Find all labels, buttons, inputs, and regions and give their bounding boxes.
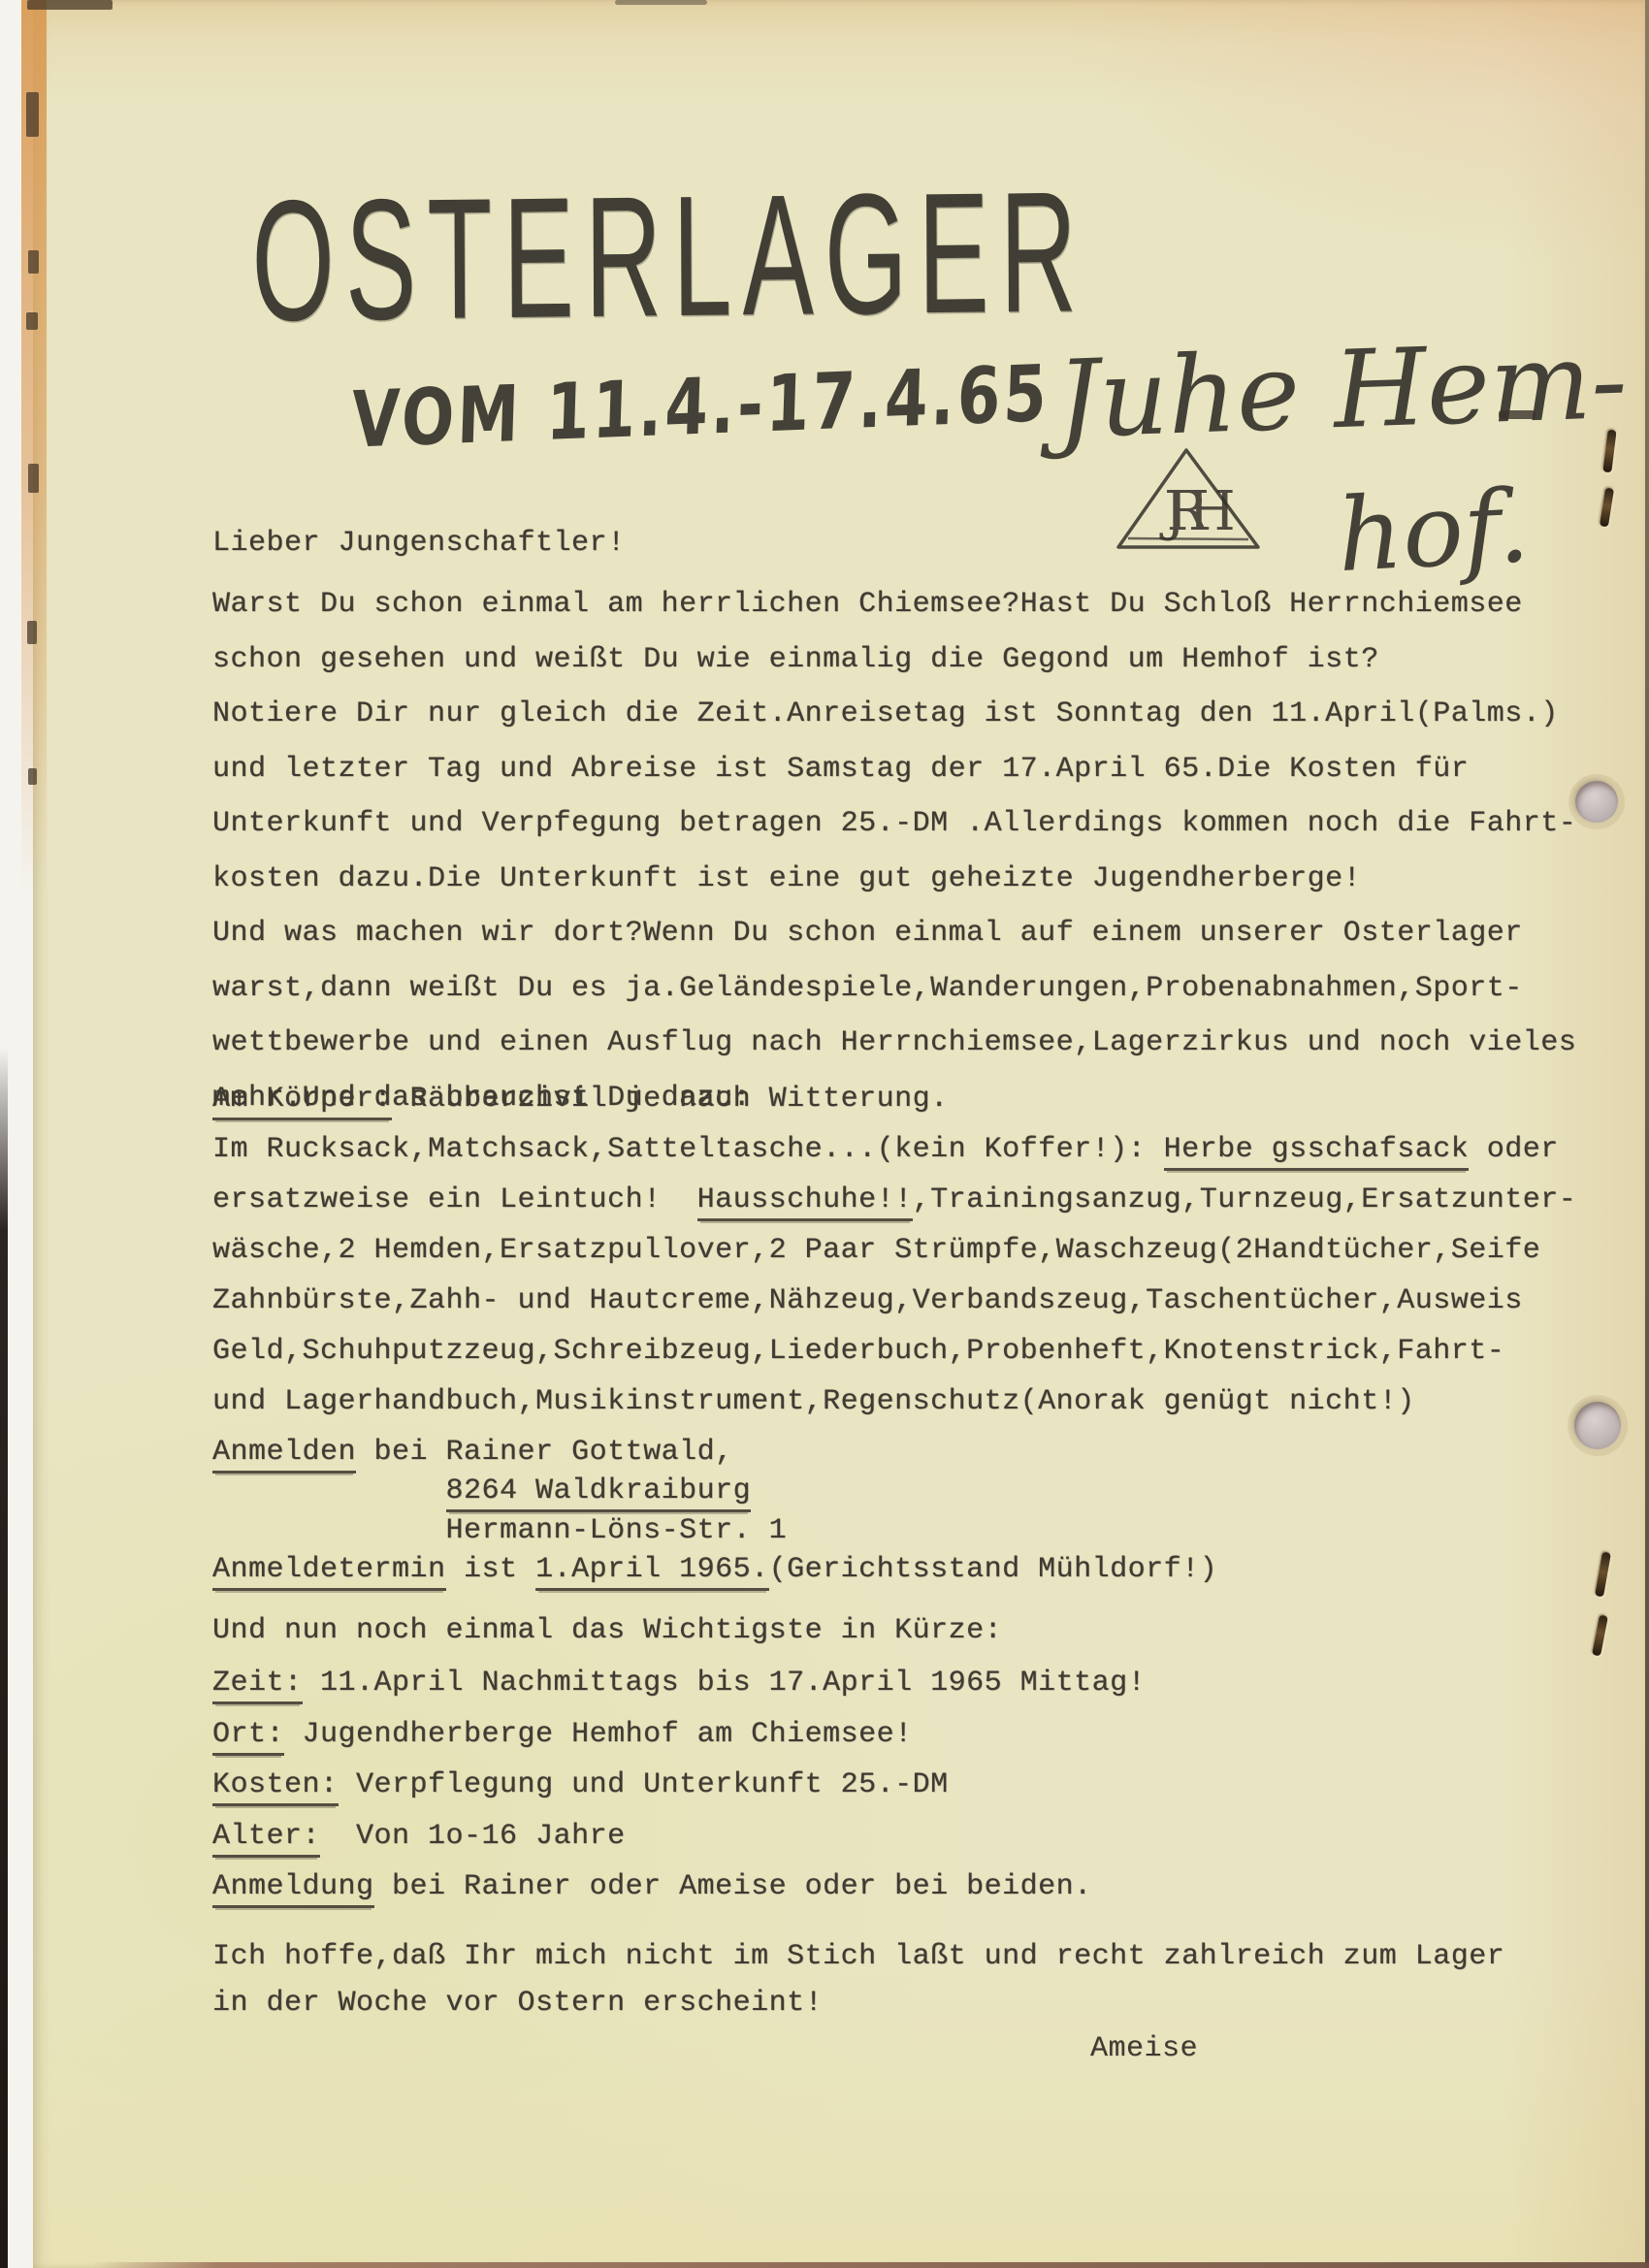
text-line: Zahnbürste,Zahh- und Hautcreme,Nähzeug,V… (212, 1284, 1576, 1335)
text-line: Alter: Von 1o-16 Jahre (212, 1820, 1146, 1871)
page-edge-bottom (91, 2262, 1649, 2268)
torn-edge-mark (26, 92, 39, 137)
intro-paragraph: Warst Du schon einmal am herrlichen Chie… (212, 588, 1576, 1136)
text-line: Warst Du schon einmal am herrlichen Chie… (212, 588, 1576, 643)
text-line: kosten dazu.Die Unterkunft ist eine gut … (212, 862, 1576, 918)
text-line: Kosten: Verpflegung und Unterkunft 25.-D… (212, 1768, 1146, 1820)
staple-mark (1595, 1552, 1611, 1598)
page-title: OSTERLAGER (251, 153, 1088, 361)
text-line: Geld,Schuhputzzeug,Schreibzeug,Liederbuc… (212, 1335, 1576, 1385)
torn-edge-mark (27, 621, 37, 644)
summary-list: Zeit: 11.April Nachmittags bis 17.April … (212, 1667, 1146, 1922)
closing-paragraph: Ich hoffe,daß Ihr mich nicht im Stich la… (212, 1940, 1504, 2033)
torn-edge-mark (26, 312, 38, 330)
juhe-hemhof-line2: hof. (1335, 467, 1533, 595)
scan-edge-left (0, 1048, 8, 2268)
torn-edge-mark (28, 250, 39, 274)
text-line: Anmeldung bei Rainer oder Ameise oder be… (212, 1870, 1146, 1922)
page-edge-right (1645, 0, 1649, 2268)
text-line: Und was machen wir dort?Wenn Du schon ei… (212, 917, 1576, 972)
text-line: Hermann-Löns-Str. 1 (212, 1514, 787, 1554)
triangle-emblem: JRH (1113, 446, 1268, 563)
deadline-line: Anmeldetermin ist 1.April 1965.(Gerichts… (212, 1553, 1217, 1607)
text-line: und letzter Tag und Abreise ist Samstag … (212, 753, 1576, 808)
staple-mark (1592, 1615, 1608, 1657)
signature: Ameise (1090, 2032, 1198, 2065)
text-line: Anmeldetermin ist 1.April 1965.(Gerichts… (212, 1553, 1217, 1607)
text-line: wäsche,2 Hemden,Ersatzpullover,2 Paar St… (212, 1234, 1576, 1284)
punch-hole (1574, 1402, 1621, 1449)
paper-sheet: OSTERLAGER VOM 11.4.-17.4.65 Juhe Hem- h… (33, 0, 1649, 2268)
text-line: Unterkunft und Verpfegung betragen 25.-D… (212, 807, 1576, 862)
punch-hole (1575, 781, 1618, 823)
staple-mark (1600, 488, 1614, 528)
edge-mark (615, 0, 707, 5)
text-line: 8264 Waldkraiburg (212, 1474, 787, 1514)
scanned-letter-page: OSTERLAGER VOM 11.4.-17.4.65 Juhe Hem- h… (0, 0, 1649, 2268)
emblem-monogram: JRH (1159, 480, 1233, 543)
address-block: 8264 Waldkraiburg Hermann-Löns-Str. 1 (212, 1474, 787, 1554)
text-line: warst,dann weißt Du es ja.Geländespiele,… (212, 972, 1576, 1027)
text-line: und Lagerhandbuch,Musikinstrument,Regens… (212, 1385, 1576, 1436)
juhe-hemhof-line1: Juhe Hem- (1054, 318, 1629, 462)
torn-edge-mark (28, 464, 39, 493)
date-range: VOM 11.4.-17.4.65 (350, 349, 1051, 466)
text-line: ersatzweise ein Leintuch! Hausschuhe!!,T… (212, 1183, 1576, 1234)
text-line: Ort: Jugendherberge Hemhof am Chiemsee! (212, 1718, 1146, 1769)
text-line: Ich hoffe,daß Ihr mich nicht im Stich la… (212, 1940, 1504, 1987)
text-line: Im Rucksack,Matchsack,Satteltasche...(ke… (212, 1133, 1576, 1183)
torn-edge-mark (28, 768, 37, 785)
text-line: Am Körper: Räuberzivil je nach Witterung… (212, 1083, 1576, 1133)
text-line: Und nun noch einmal das Wichtigste in Kü… (212, 1614, 1002, 1669)
packing-list: Am Körper: Räuberzivil je nach Witterung… (212, 1083, 1576, 1486)
text-line: in der Woche vor Ostern erscheint! (212, 1987, 1504, 2033)
text-line: schon gesehen und weißt Du wie einmalig … (212, 643, 1576, 698)
torn-edge-mark (27, 0, 113, 10)
ink-smudge (1499, 410, 1536, 419)
text-line: wettbewerbe und einen Ausflug nach Herrn… (212, 1026, 1576, 1082)
text-line: Notiere Dir nur gleich die Zeit.Anreiset… (212, 697, 1576, 753)
text-line: Zeit: 11.April Nachmittags bis 17.April … (212, 1667, 1146, 1718)
recap-intro: Und nun noch einmal das Wichtigste in Kü… (212, 1614, 1002, 1669)
salutation: Lieber Jungenschaftler! (212, 527, 626, 560)
